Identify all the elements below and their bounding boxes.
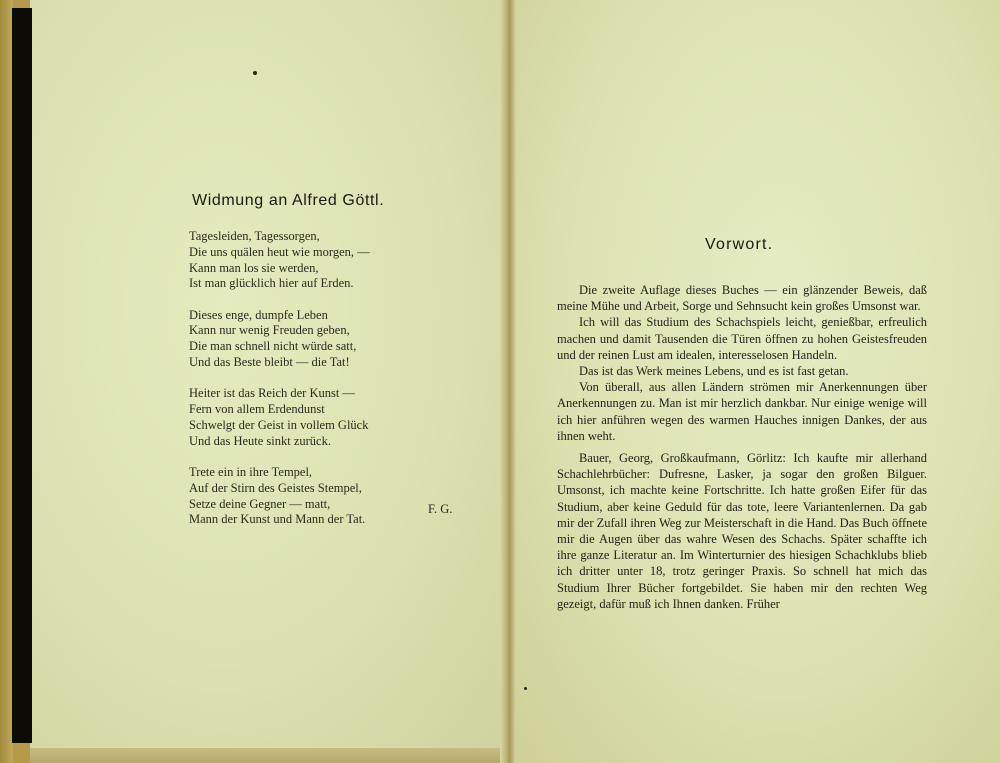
poem-line: Fern von allem Erdendunst bbox=[189, 402, 370, 418]
poem-line: Die uns quälen heut wie morgen, — bbox=[189, 245, 370, 261]
poem-line: Heiter ist das Reich der Kunst — bbox=[189, 386, 370, 402]
book-spread: Widmung an Alfred Göttl. Tagesleiden, Ta… bbox=[0, 0, 1000, 763]
poem-stanza: Dieses enge, dumpfe Leben Kann nur wenig… bbox=[189, 308, 370, 371]
ink-speck bbox=[253, 71, 257, 75]
poem-line: Die man schnell nicht würde satt, bbox=[189, 339, 370, 355]
foreword-paragraph: Ich will das Studium des Schachspiels le… bbox=[557, 314, 927, 363]
poem-line: Und das Beste bleibt — die Tat! bbox=[189, 355, 370, 371]
poem-signature: F. G. bbox=[428, 502, 452, 517]
book-gutter bbox=[500, 0, 516, 763]
poem-line: Mann der Kunst und Mann der Tat. bbox=[189, 512, 370, 528]
binding-strip bbox=[12, 8, 32, 743]
poem-line: Dieses enge, dumpfe Leben bbox=[189, 308, 370, 324]
poem-line: Tagesleiden, Tagessorgen, bbox=[189, 229, 370, 245]
foreword-paragraph: Die zweite Auflage dieses Buches — ein g… bbox=[557, 282, 927, 314]
poem-stanza: Trete ein in ihre Tempel, Auf der Stirn … bbox=[189, 465, 370, 528]
foreword-paragraph: Das ist das Werk meines Lebens, und es i… bbox=[557, 363, 927, 379]
poem-line: Setze deine Gegner — matt, bbox=[189, 497, 370, 513]
foreword-paragraph: Von überall, aus allen Ländern strömen m… bbox=[557, 379, 927, 444]
poem-line: Schwelgt der Geist in vollem Glück bbox=[189, 418, 370, 434]
dedication-poem: Tagesleiden, Tagessorgen, Die uns quälen… bbox=[189, 229, 370, 544]
poem-stanza: Heiter ist das Reich der Kunst — Fern vo… bbox=[189, 386, 370, 449]
poem-line: Und das Heute sinkt zurück. bbox=[189, 434, 370, 450]
poem-line: Kann nur wenig Freuden geben, bbox=[189, 323, 370, 339]
poem-line: Auf der Stirn des Geistes Stempel, bbox=[189, 481, 370, 497]
testimonial-paragraph: Bauer, Georg, Großkaufmann, Görlitz: Ich… bbox=[557, 450, 927, 612]
dedication-title: Widmung an Alfred Göttl. bbox=[192, 192, 384, 210]
poem-line: Ist man glücklich hier auf Erden. bbox=[189, 276, 370, 292]
ink-speck bbox=[524, 687, 527, 690]
foreword-text: Die zweite Auflage dieses Buches — ein g… bbox=[557, 282, 927, 612]
foreword-title: Vorwort. bbox=[705, 236, 773, 254]
poem-line: Kann man los sie werden, bbox=[189, 261, 370, 277]
page-bottom-edge bbox=[30, 748, 510, 763]
poem-stanza: Tagesleiden, Tagessorgen, Die uns quälen… bbox=[189, 229, 370, 292]
poem-line: Trete ein in ihre Tempel, bbox=[189, 465, 370, 481]
